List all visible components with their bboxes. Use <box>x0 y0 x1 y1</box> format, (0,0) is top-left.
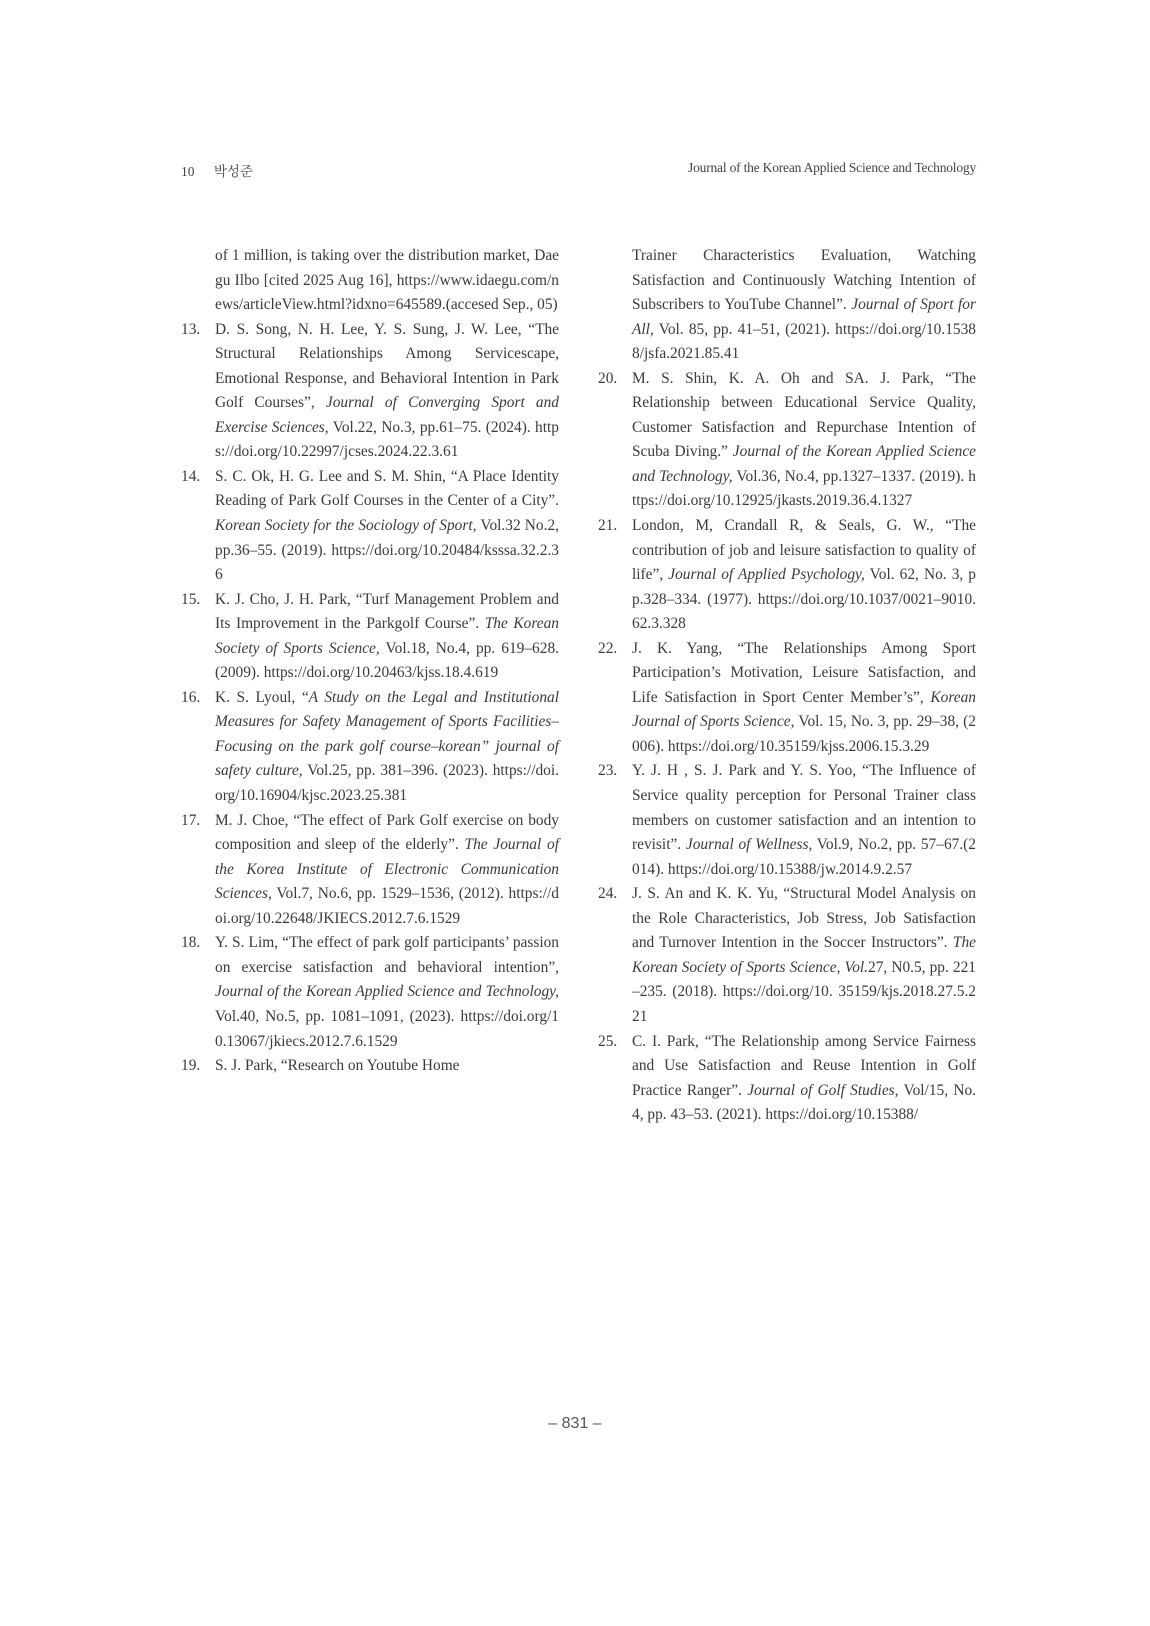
reference-15: 15. K. J. Cho, J. H. Park, “Turf Managem… <box>181 588 559 686</box>
journal-name: Journal of Golf Studies, <box>747 1082 898 1099</box>
header-page-number: 10 <box>181 164 195 179</box>
reference-19: 19. S. J. Park, “Research on Youtube Hom… <box>181 1054 559 1079</box>
reference-13: 13. D. S. Song, N. H. Lee, Y. S. Sung, J… <box>181 318 559 465</box>
reference-19-continuation: Trainer Characteristics Evaluation, Watc… <box>598 244 976 367</box>
reference-21: 21. London, M, Crandall R, & Seals, G. W… <box>598 514 976 637</box>
reference-14: 14. S. C. Ok, H. G. Lee and S. M. Shin, … <box>181 465 559 588</box>
references-right-column: Trainer Characteristics Evaluation, Watc… <box>598 244 976 1128</box>
references-left-column: of 1 million, is taking over the distrib… <box>181 244 559 1079</box>
reference-24: 24. J. S. An and K. K. Yu, “Structural M… <box>598 882 976 1029</box>
reference-number: 16. <box>181 686 200 711</box>
journal-name: Korean Society for the Sociology of Spor… <box>215 517 476 534</box>
reference-number: 13. <box>181 318 200 343</box>
header-journal-title: Journal of the Korean Applied Science an… <box>688 160 976 176</box>
reference-number: 19. <box>181 1054 200 1079</box>
reference-20: 20. M. S. Shin, K. A. Oh and SA. J. Park… <box>598 367 976 514</box>
header-left: 10 박성준 <box>181 160 253 180</box>
header-author: 박성준 <box>214 164 253 179</box>
reference-number: 24. <box>598 882 617 907</box>
reference-number: 21. <box>598 514 617 539</box>
reference-number: 14. <box>181 465 200 490</box>
journal-name: Journal of Applied Psychology, <box>668 566 865 583</box>
reference-18: 18. Y. S. Lim, “The effect of park golf … <box>181 931 559 1054</box>
reference-number: 17. <box>181 809 200 834</box>
reference-22: 22. J. K. Yang, “The Relationships Among… <box>598 637 976 760</box>
reference-16: 16. K. S. Lyoul, “A Study on the Legal a… <box>181 686 559 809</box>
page-footer-number: – 831 – <box>0 1415 1150 1433</box>
reference-23: 23. Y. J. H , S. J. Park and Y. S. Yoo, … <box>598 759 976 882</box>
reference-number: 22. <box>598 637 617 662</box>
reference-continuation: of 1 million, is taking over the distrib… <box>181 244 559 318</box>
reference-number: 18. <box>181 931 200 956</box>
running-header: 10 박성준 Journal of the Korean Applied Sci… <box>181 160 976 182</box>
reference-number: 25. <box>598 1030 617 1055</box>
reference-number: 20. <box>598 367 617 392</box>
journal-name: Journal of Wellness, <box>686 836 812 853</box>
reference-number: 23. <box>598 759 617 784</box>
reference-number: 15. <box>181 588 200 613</box>
journal-name: Journal of the Korean Applied Science an… <box>215 983 559 1000</box>
reference-25: 25. C. I. Park, “The Relationship among … <box>598 1030 976 1128</box>
reference-17: 17. M. J. Choe, “The effect of Park Golf… <box>181 809 559 932</box>
